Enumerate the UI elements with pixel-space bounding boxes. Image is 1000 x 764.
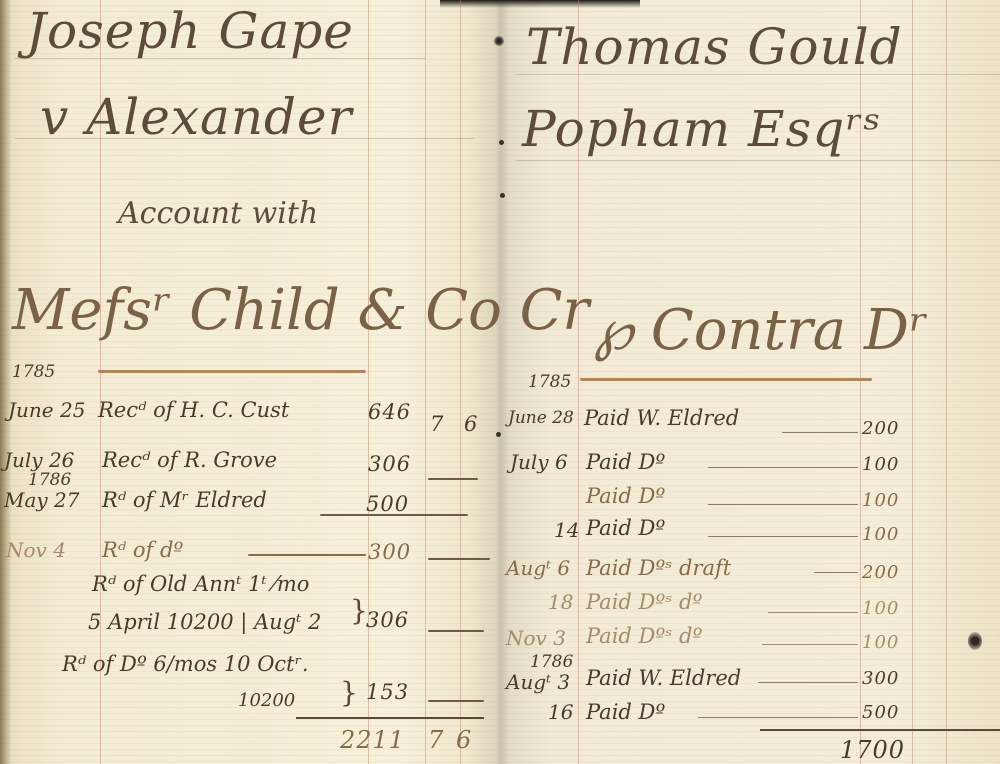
entry-date: May 27 bbox=[4, 488, 80, 512]
entry-pounds: 200 bbox=[862, 562, 899, 583]
heading-underline bbox=[580, 378, 872, 381]
entry-pounds: 100 bbox=[862, 598, 899, 619]
entry-description: Paid Dºˢ dº bbox=[586, 590, 702, 614]
year-label: 1785 bbox=[528, 372, 571, 392]
entry-pounds: 300 bbox=[368, 540, 411, 564]
leader-line bbox=[782, 432, 858, 433]
entry-description: Recᵈ of H. C. Cust bbox=[98, 398, 289, 422]
account-holder-name: Thomas Gould bbox=[526, 18, 903, 76]
entry-pounds: 100 bbox=[862, 490, 899, 511]
ruled-line bbox=[516, 160, 1000, 161]
leader-line bbox=[758, 682, 858, 683]
account-holder-name-line2: v Alexander bbox=[40, 88, 353, 146]
pounds-column-rule bbox=[368, 0, 369, 764]
leader-line bbox=[708, 536, 858, 537]
account-holder-name: Joseph Gape bbox=[26, 2, 354, 60]
entry-description: Paid Dºˢ draft bbox=[586, 556, 731, 580]
ink-blot bbox=[968, 632, 982, 650]
ledger-spread: Joseph Gape v Alexander Account with Mef… bbox=[0, 0, 1000, 764]
entry-date: 16 bbox=[548, 700, 573, 724]
leader-line bbox=[762, 644, 858, 645]
entry-description: Paid W. Eldred bbox=[584, 406, 739, 430]
year-label: 1786 bbox=[530, 652, 573, 672]
entry-pounds: 100 bbox=[862, 524, 899, 545]
left-page: Joseph Gape v Alexander Account with Mef… bbox=[0, 0, 498, 764]
nil-dash bbox=[320, 514, 468, 516]
entry-pounds: 500 bbox=[366, 492, 409, 516]
entry-description-line2: 10200 bbox=[238, 690, 295, 711]
entry-description-line2: 5 April 10200 | Augᵗ 2 bbox=[88, 610, 321, 634]
brace: } bbox=[340, 676, 358, 709]
nil-dash bbox=[428, 700, 484, 702]
entry-date: Augᵗ 6 bbox=[506, 556, 570, 580]
leader-line bbox=[248, 554, 366, 556]
pence-column-rule bbox=[946, 0, 947, 764]
total-pence: 6 bbox=[456, 726, 472, 754]
entry-description: Rᵈ of Old Annᵗ 1ᵗ ⁄mo bbox=[92, 572, 309, 596]
entry-pounds: 500 bbox=[862, 702, 899, 723]
entry-pounds: 200 bbox=[862, 418, 899, 439]
account-subtitle: Account with bbox=[118, 196, 318, 231]
account-holder-name-line2: Popham Esqʳˢ bbox=[522, 100, 881, 158]
entry-shillings: 7 bbox=[430, 412, 444, 436]
entry-description: Paid Dº bbox=[586, 484, 665, 508]
pence-column-rule bbox=[460, 0, 461, 764]
entry-date: June 25 bbox=[8, 398, 85, 422]
entry-date: July 26 bbox=[4, 448, 74, 472]
total-rule bbox=[760, 729, 1000, 731]
entry-pounds: 306 bbox=[368, 452, 411, 476]
entry-description: Paid Dºˢ dº bbox=[586, 624, 702, 648]
entry-pounds: 306 bbox=[366, 608, 409, 632]
entry-description: Rᵈ of Mʳ Eldred bbox=[102, 488, 267, 512]
entry-description: Rᵈ of Dº 6/mos 10 Octʳ. bbox=[62, 652, 309, 676]
total-pounds: 1700 bbox=[840, 736, 905, 764]
entry-date: 18 bbox=[548, 590, 573, 614]
year-label: 1785 bbox=[12, 362, 55, 382]
nil-dash bbox=[428, 558, 490, 560]
total-shillings: 7 bbox=[428, 726, 444, 754]
entry-description: Paid Dº bbox=[586, 700, 665, 724]
entry-description: Rᵈ of dº bbox=[102, 538, 183, 562]
nil-dash bbox=[428, 478, 478, 480]
shillings-column-rule bbox=[425, 0, 426, 764]
entry-date: Nov 3 bbox=[506, 626, 566, 650]
entry-pence: 6 bbox=[464, 412, 478, 436]
entry-description: Recᵈ of R. Grove bbox=[102, 448, 277, 472]
heading-underline bbox=[98, 370, 366, 373]
binding-pinhole bbox=[496, 432, 501, 437]
entry-description: Paid Dº bbox=[586, 450, 665, 474]
nil-dash bbox=[428, 630, 484, 632]
entry-pounds: 300 bbox=[862, 668, 899, 689]
leader-line bbox=[708, 467, 858, 468]
entry-pounds: 153 bbox=[366, 680, 409, 704]
total-pounds: 2211 bbox=[340, 726, 405, 754]
entry-description: Paid Dº bbox=[586, 516, 665, 540]
entry-date: Augᵗ 3 bbox=[506, 670, 570, 694]
entry-date: July 6 bbox=[510, 450, 568, 474]
entry-pounds: 100 bbox=[862, 454, 899, 475]
year-label: 1786 bbox=[28, 470, 71, 490]
entry-pounds: 646 bbox=[368, 400, 411, 424]
leader-line bbox=[768, 612, 858, 613]
shillings-column-rule bbox=[912, 0, 913, 764]
total-rule bbox=[296, 717, 484, 719]
entry-date: June 28 bbox=[508, 408, 574, 428]
entry-date: 14 bbox=[554, 518, 579, 542]
debit-heading: ℘ Contra Dʳ bbox=[594, 298, 928, 363]
leader-line bbox=[708, 504, 858, 505]
entry-date: Nov 4 bbox=[6, 538, 66, 562]
entry-pounds: 100 bbox=[862, 632, 899, 653]
leader-line bbox=[698, 717, 858, 718]
leader-line bbox=[814, 572, 858, 573]
entry-description: Paid W. Eldred bbox=[586, 666, 741, 690]
right-page: Thomas Gould Popham Esqʳˢ ℘ Contra Dʳ 17… bbox=[502, 0, 1000, 764]
